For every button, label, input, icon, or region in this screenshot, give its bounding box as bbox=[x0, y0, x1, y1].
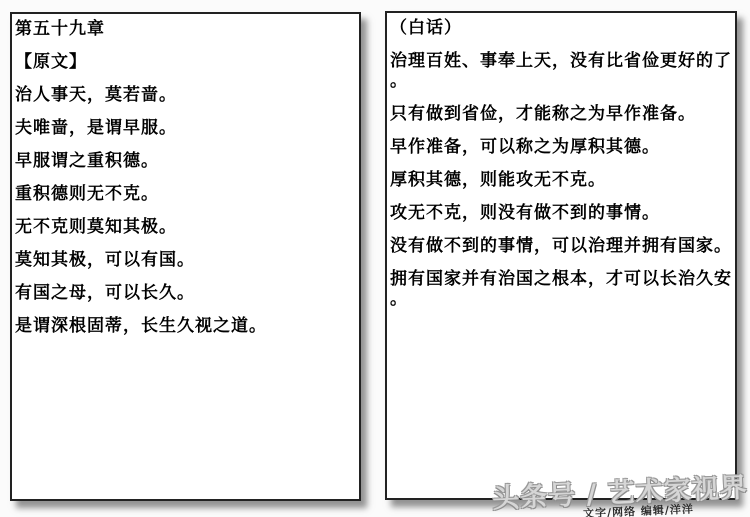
vernacular-line: 治理百姓、事奉上天，没有比省俭更好的了。 bbox=[390, 51, 734, 91]
section-label-vernacular: （白话） bbox=[390, 18, 734, 38]
original-line: 莫知其极，可以有国。 bbox=[15, 250, 357, 270]
original-line: 是谓深根固蒂，长生久视之道。 bbox=[15, 316, 357, 336]
page: 第五十九章 【原文】 治人事天，莫若啬。 夫唯啬，是谓早服。 早服谓之重积德。 … bbox=[0, 0, 750, 517]
vernacular-line: 早作准备，可以称之为厚积其德。 bbox=[390, 137, 734, 157]
original-line: 早服谓之重积德。 bbox=[15, 151, 357, 171]
vernacular-line: 没有做不到的事情，可以治理并拥有国家。 bbox=[390, 236, 734, 256]
original-line: 有国之母，可以长久。 bbox=[15, 283, 357, 303]
original-line: 治人事天，莫若啬。 bbox=[15, 85, 357, 105]
original-line: 重积德则无不克。 bbox=[15, 184, 357, 204]
chapter-title: 第五十九章 bbox=[15, 19, 357, 39]
vernacular-line: 厚积其德，则能攻无不克。 bbox=[390, 170, 734, 190]
original-line: 无不克则莫知其极。 bbox=[15, 217, 357, 237]
vernacular-line: 攻无不克，则没有做不到的事情。 bbox=[390, 203, 734, 223]
vernacular-line: 只有做到省俭，才能称之为早作准备。 bbox=[390, 104, 734, 124]
section-label-original: 【原文】 bbox=[15, 52, 357, 72]
original-text-panel: 第五十九章 【原文】 治人事天，莫若啬。 夫唯啬，是谓早服。 早服谓之重积德。 … bbox=[10, 12, 361, 501]
original-line: 夫唯啬，是谓早服。 bbox=[15, 118, 357, 138]
vernacular-panel: （白话） 治理百姓、事奉上天，没有比省俭更好的了。 只有做到省俭，才能称之为早作… bbox=[385, 11, 737, 500]
vernacular-line: 拥有国家并有治国之根本，才可以长治久安。 bbox=[390, 269, 734, 309]
